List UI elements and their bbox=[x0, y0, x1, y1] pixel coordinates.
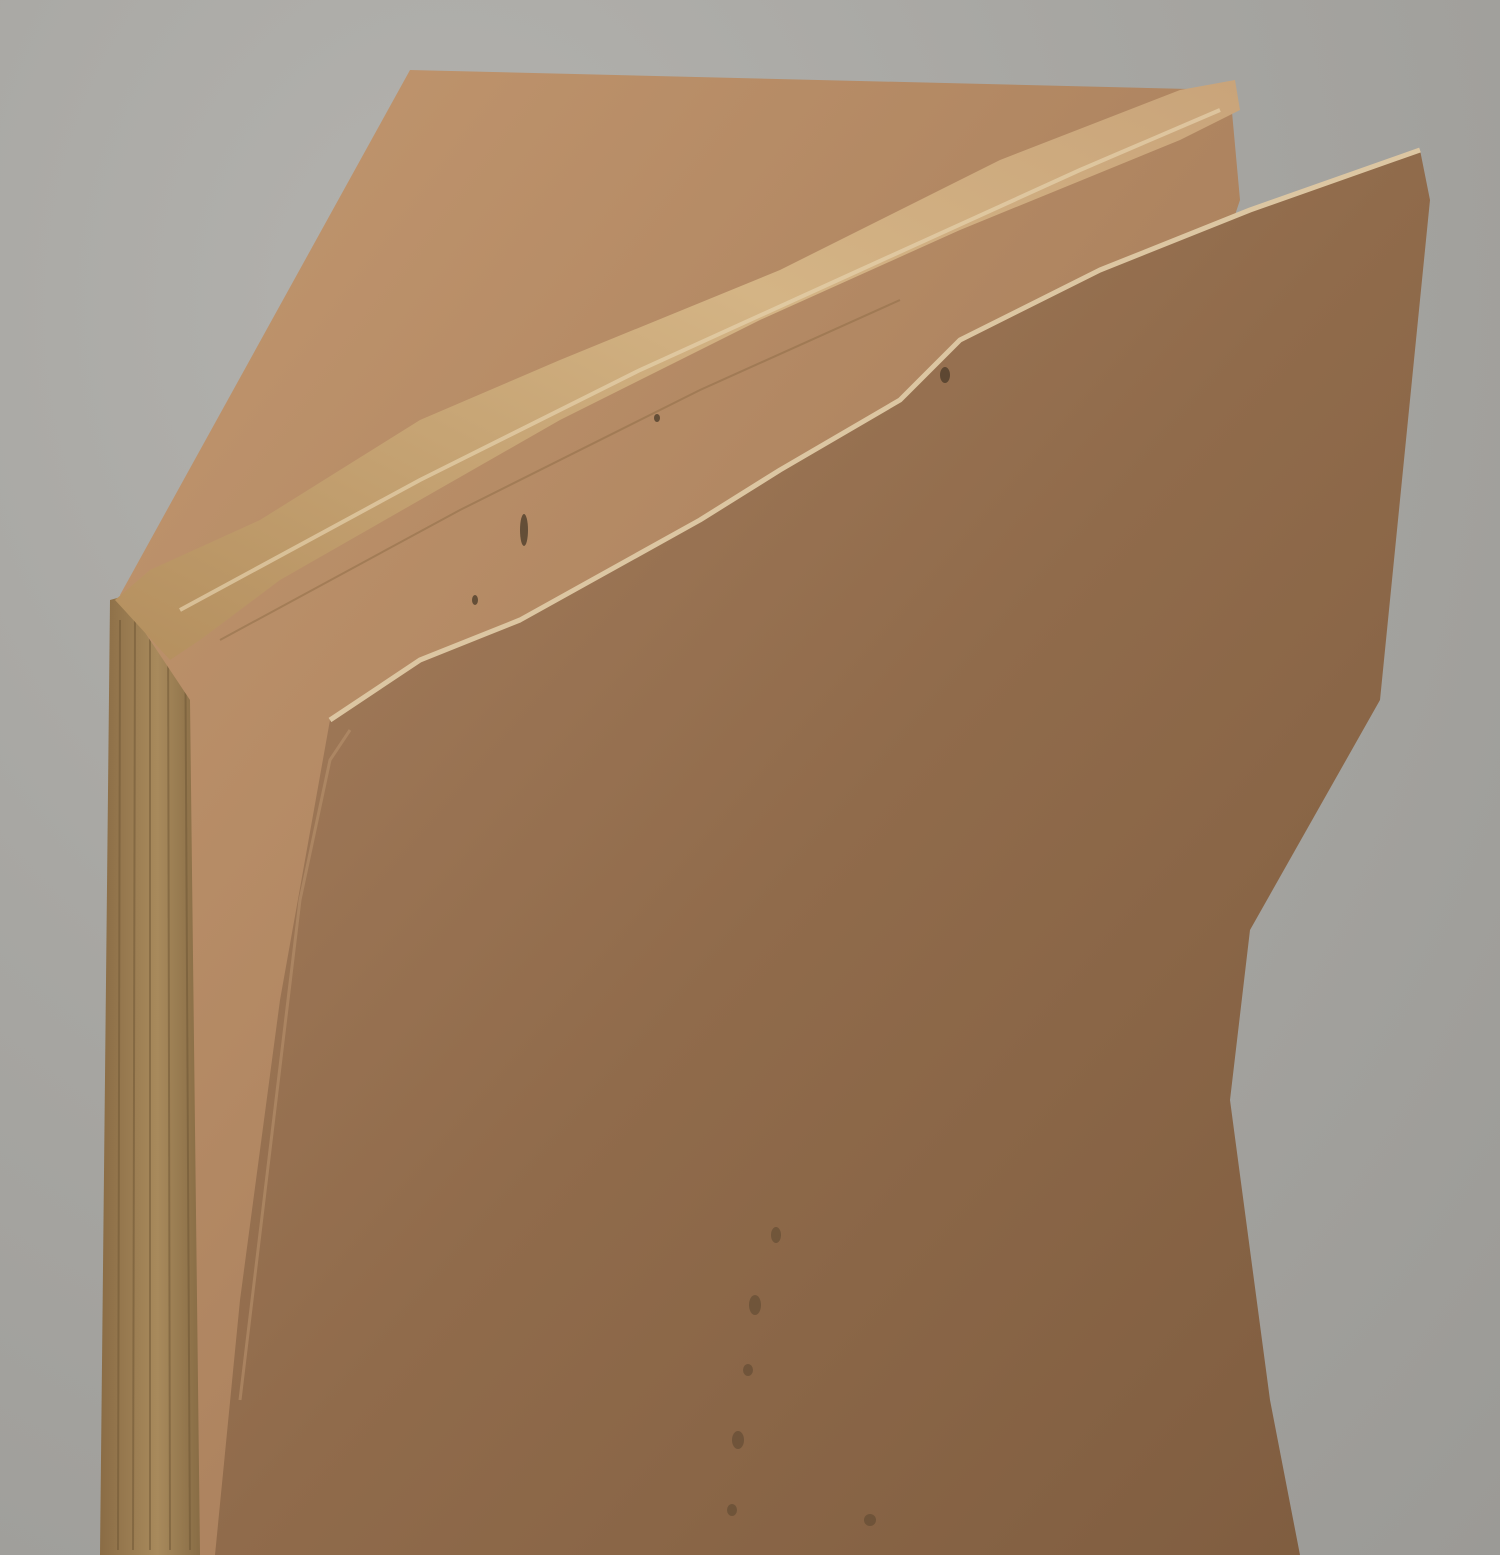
book-illustration bbox=[0, 0, 1500, 1555]
photo-old-book bbox=[0, 0, 1500, 1555]
